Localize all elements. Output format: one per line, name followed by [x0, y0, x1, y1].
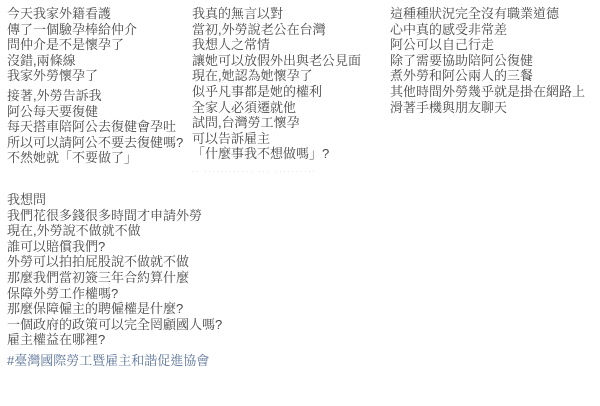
text-line: 這種種狀況完全沒有職業道德 — [390, 6, 596, 22]
text-line: 現在,外勞說不做就不做 — [7, 223, 247, 239]
text-line: 保障外勞工作權嗎? — [7, 286, 247, 302]
text-line: 煮外勞和阿公兩人的三餐 — [390, 68, 596, 84]
text-line: 除了需要協助陪阿公復健 — [390, 53, 596, 69]
text-line: 我真的無言以對 — [192, 6, 374, 22]
hashtag-link[interactable]: #臺灣國際勞工暨雇主和諧促進協會 — [7, 353, 247, 369]
text-line: 其他時間外勞幾乎就是掛在網路上 — [390, 84, 596, 100]
text-line: 讓她可以放假外出與老公見面 — [192, 53, 374, 69]
text-line: 現在,她認為她懷孕了 — [192, 68, 374, 84]
text-line: 雇主權益在哪裡? — [7, 332, 247, 348]
text-line: 滑著手機與朋友聊天 — [390, 100, 596, 116]
post-text-screenshot: 今天我家外籍看護傳了一個驗孕棒給仲介問仲介是不是懷孕了沒錯,兩條線我家外勞懷孕了… — [0, 0, 600, 406]
text-line: 外勞可以拍拍屁股說不做就不做 — [7, 254, 247, 270]
cropped-text-remnant: .. ............ ... .......... — [192, 168, 374, 174]
text-line: 可以告訴雇主 — [192, 131, 374, 147]
text-line: 試問,台灣勞工懷孕 — [192, 115, 374, 131]
text-column-middle: 我真的無言以對當初,外勞說老公在台灣我想人之常情讓她可以放假外出與老公見面現在,… — [192, 6, 374, 174]
text-line: 似乎凡事都是她的權利 — [192, 84, 374, 100]
text-line: 一個政府的政策可以完全罔顧國人嗎? — [7, 317, 247, 333]
text-line: 我想人之常情 — [192, 37, 374, 53]
text-line: 當初,外勞說老公在台灣 — [192, 22, 374, 38]
text-line: 阿公可以自己行走 — [390, 37, 596, 53]
text-line: 誰可以賠償我們? — [7, 239, 247, 255]
text-line: 那麼保障僱主的聘僱權是什麼? — [7, 301, 247, 317]
text-line: 我想問 — [7, 192, 247, 208]
text-column-right: 這種種狀況完全沒有職業道德心中真的感受非常差阿公可以自己行走除了需要協助陪阿公復… — [390, 6, 596, 115]
text-line: 那麼我們當初簽三年合約算什麼 — [7, 270, 247, 286]
text-line: 我們花很多錢很多時間才申請外勞 — [7, 208, 247, 224]
text-line: 心中真的感受非常差 — [390, 22, 596, 38]
paragraph: 我想問我們花很多錢很多時間才申請外勞現在,外勞說不做就不做誰可以賠償我們?外勞可… — [7, 192, 247, 348]
text-line: 「什麼事我不想做嗎」? — [192, 146, 374, 162]
text-line: 全家人必須遷就他 — [192, 100, 374, 116]
paragraph: 我真的無言以對當初,外勞說老公在台灣我想人之常情讓她可以放假外出與老公見面現在,… — [192, 6, 374, 162]
paragraph: 這種種狀況完全沒有職業道德心中真的感受非常差阿公可以自己行走除了需要協助陪阿公復… — [390, 6, 596, 115]
